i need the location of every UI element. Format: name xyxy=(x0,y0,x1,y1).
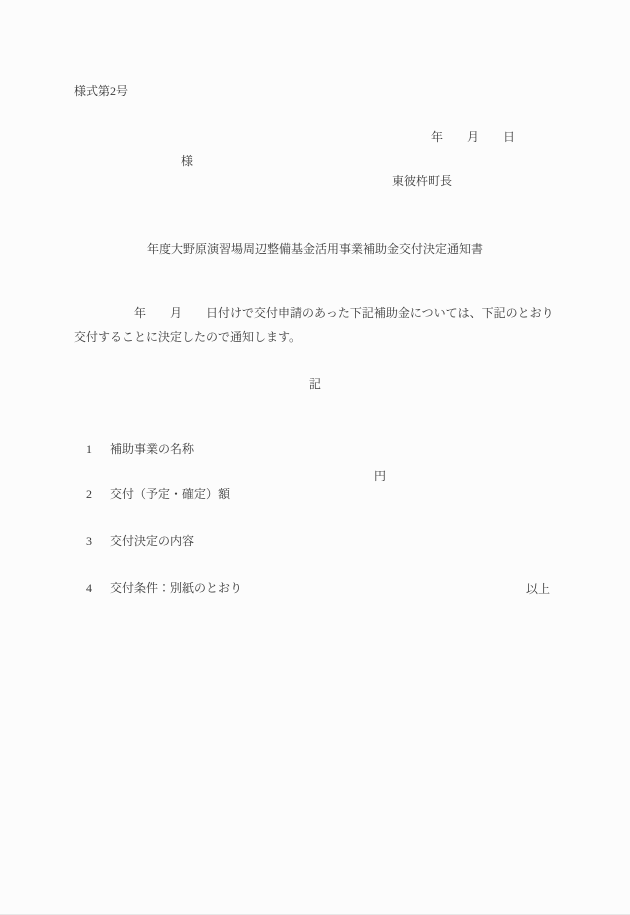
record-marker: 記 xyxy=(0,375,630,393)
item-number: 2 xyxy=(86,485,110,503)
item-label: 交付条件：別紙のとおり xyxy=(110,581,242,595)
item-number: 1 xyxy=(86,440,110,458)
item-label: 補助事業の名称 xyxy=(110,442,194,456)
currency-unit: 円 xyxy=(374,467,386,485)
sender-title: 東彼杵町長 xyxy=(392,172,452,190)
body-paragraph-line1: 年 月 日付けで交付申請のあった下記補助金については、下記のとおり xyxy=(134,304,554,322)
document-page: 様式第2号 年 月 日 様 東彼杵町長 年度大野原演習場周辺整備基金活用事業補助… xyxy=(0,0,630,915)
document-title: 年度大野原演習場周辺整備基金活用事業補助金交付決定通知書 xyxy=(0,240,630,258)
date-line: 年 月 日 xyxy=(431,128,515,146)
closing-marker: 以上 xyxy=(526,580,550,598)
item-number: 4 xyxy=(86,579,110,597)
item-label: 交付決定の内容 xyxy=(110,534,194,548)
addressee-honorific: 様 xyxy=(181,152,193,170)
list-item-4: 4交付条件：別紙のとおり xyxy=(74,561,564,633)
item-number: 3 xyxy=(86,532,110,550)
form-number: 様式第2号 xyxy=(74,82,128,100)
item-label: 交付（予定・確定）額 xyxy=(110,487,230,501)
body-paragraph-line2: 交付することに決定したので通知します。 xyxy=(74,328,301,346)
